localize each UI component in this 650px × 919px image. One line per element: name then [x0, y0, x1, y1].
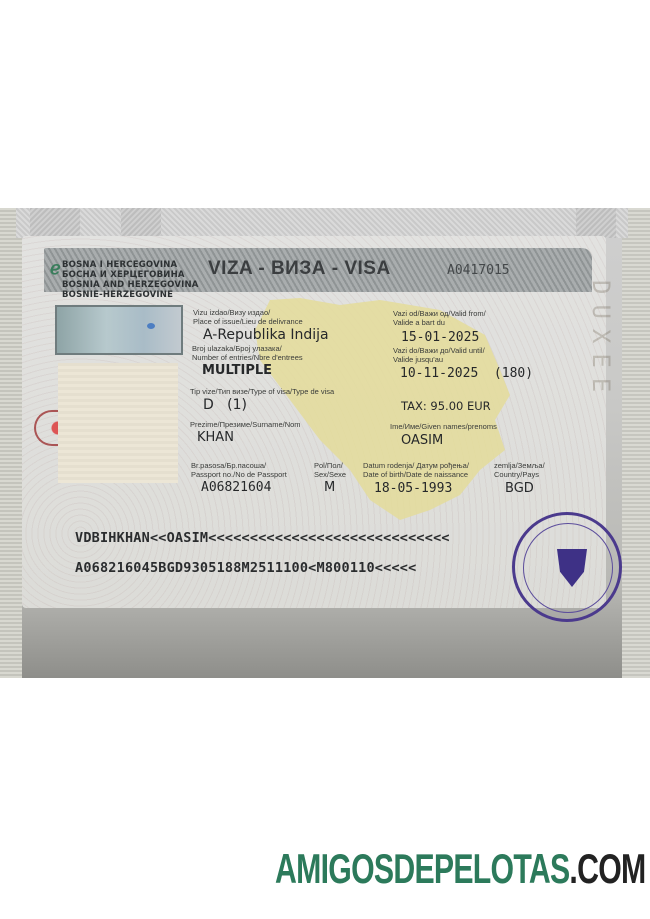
country-label-2: Country/Pays	[494, 470, 539, 479]
surname-label: Prezime/Презиме/Surname/Nom	[190, 420, 301, 429]
valid-from-label-2: Valide a bart du	[393, 318, 445, 327]
visa-number: A0417015	[447, 263, 510, 278]
entries-value: MULTIPLE	[202, 363, 272, 378]
country-line: BOSNIE-HERZEGOVINE	[62, 290, 199, 300]
valid-from-value: 15-01-2025	[401, 330, 479, 345]
dob-label-2: Date of birth/Date de naissance	[363, 470, 468, 479]
passport-page-top	[16, 208, 628, 238]
given-names-value: OASIM	[401, 433, 443, 448]
country-value: BGD	[505, 481, 534, 496]
visa-type-value: D (1)	[203, 397, 247, 413]
entries-label-2: Number of entries/Nbre d'entrees	[192, 353, 303, 362]
place-of-issue-value: A-Republika Indija	[203, 327, 329, 343]
given-names-label: Ime/Име/Given names/prenoms	[390, 422, 497, 431]
perforation-text: DUXEE	[584, 280, 618, 402]
entries-label-1: Broj ulazaka/Број улазака/	[192, 344, 282, 353]
embassy-stamp	[512, 512, 622, 622]
mrz-line-2: A068216045BGD9305188M2511100<M800110<<<<…	[75, 560, 416, 576]
country-line: БОСНА И ХЕРЦЕГОВИНА	[62, 270, 199, 280]
country-line: BOSNIA AND HERZEGOVINA	[62, 280, 199, 290]
perforated-number: DUXEE	[584, 280, 614, 520]
passport-page-edge-right	[622, 208, 650, 678]
tax-value: TAX: 95.00 EUR	[401, 399, 491, 413]
visa-title: VIZA - ВИЗА - VISA	[208, 258, 391, 280]
sex-label-1: Pol/Пол/	[314, 461, 343, 470]
bih-shield-icon	[557, 549, 587, 587]
watermark-green: AMIGOSDEPELOTAS	[275, 845, 569, 892]
country-line: BOSNA I HERCEGOVINA	[62, 260, 199, 270]
valid-from-label-1: Vazi od/Важи од/Valid from/	[393, 309, 486, 318]
sex-label-2: Sex/Sexe	[314, 470, 346, 479]
place-of-issue-label-1: Vizu izdao/Визу издао/	[193, 308, 270, 317]
dob-label-1: Datum rodenja/ Датум рођења/	[363, 461, 469, 470]
mrz-line-1: VDBIHKHAN<<OASIM<<<<<<<<<<<<<<<<<<<<<<<<…	[75, 530, 450, 546]
valid-until-value: 10-11-2025 (180)	[400, 366, 533, 381]
watermark-brand: AMIGOSDEPELOTAS.COM	[275, 845, 645, 893]
country-label-1: zemlja/Земља/	[494, 461, 545, 470]
watermark-dark: .COM	[569, 845, 645, 892]
valid-until-label-2: Valide jusqu'au	[393, 355, 443, 364]
hologram	[55, 305, 183, 355]
passport-page-edge-left	[0, 208, 22, 678]
surname-value: KHAN	[197, 430, 234, 445]
place-of-issue-label-2: Place of issue/Lieu de delivrance	[193, 317, 303, 326]
passport-no-value: A06821604	[201, 480, 271, 495]
valid-until-label-1: Vazi do/Важи до/Valid until/	[393, 346, 485, 355]
bih-logo-icon: ℯ	[50, 258, 61, 279]
holder-photo-area	[58, 363, 178, 483]
visa-type-label: Tip vize/Тип визе/Type of visa/Type de v…	[190, 387, 334, 396]
country-names: BOSNA I HERCEGOVINA БОСНА И ХЕРЦЕГОВИНА …	[62, 260, 199, 300]
passport-no-label-2: Passport no./No de Passport	[191, 470, 287, 479]
dob-value: 18-05-1993	[374, 481, 452, 496]
passport-no-label-1: Br.pasosa/Бр.пасоша/	[191, 461, 266, 470]
sex-value: M	[324, 480, 335, 495]
